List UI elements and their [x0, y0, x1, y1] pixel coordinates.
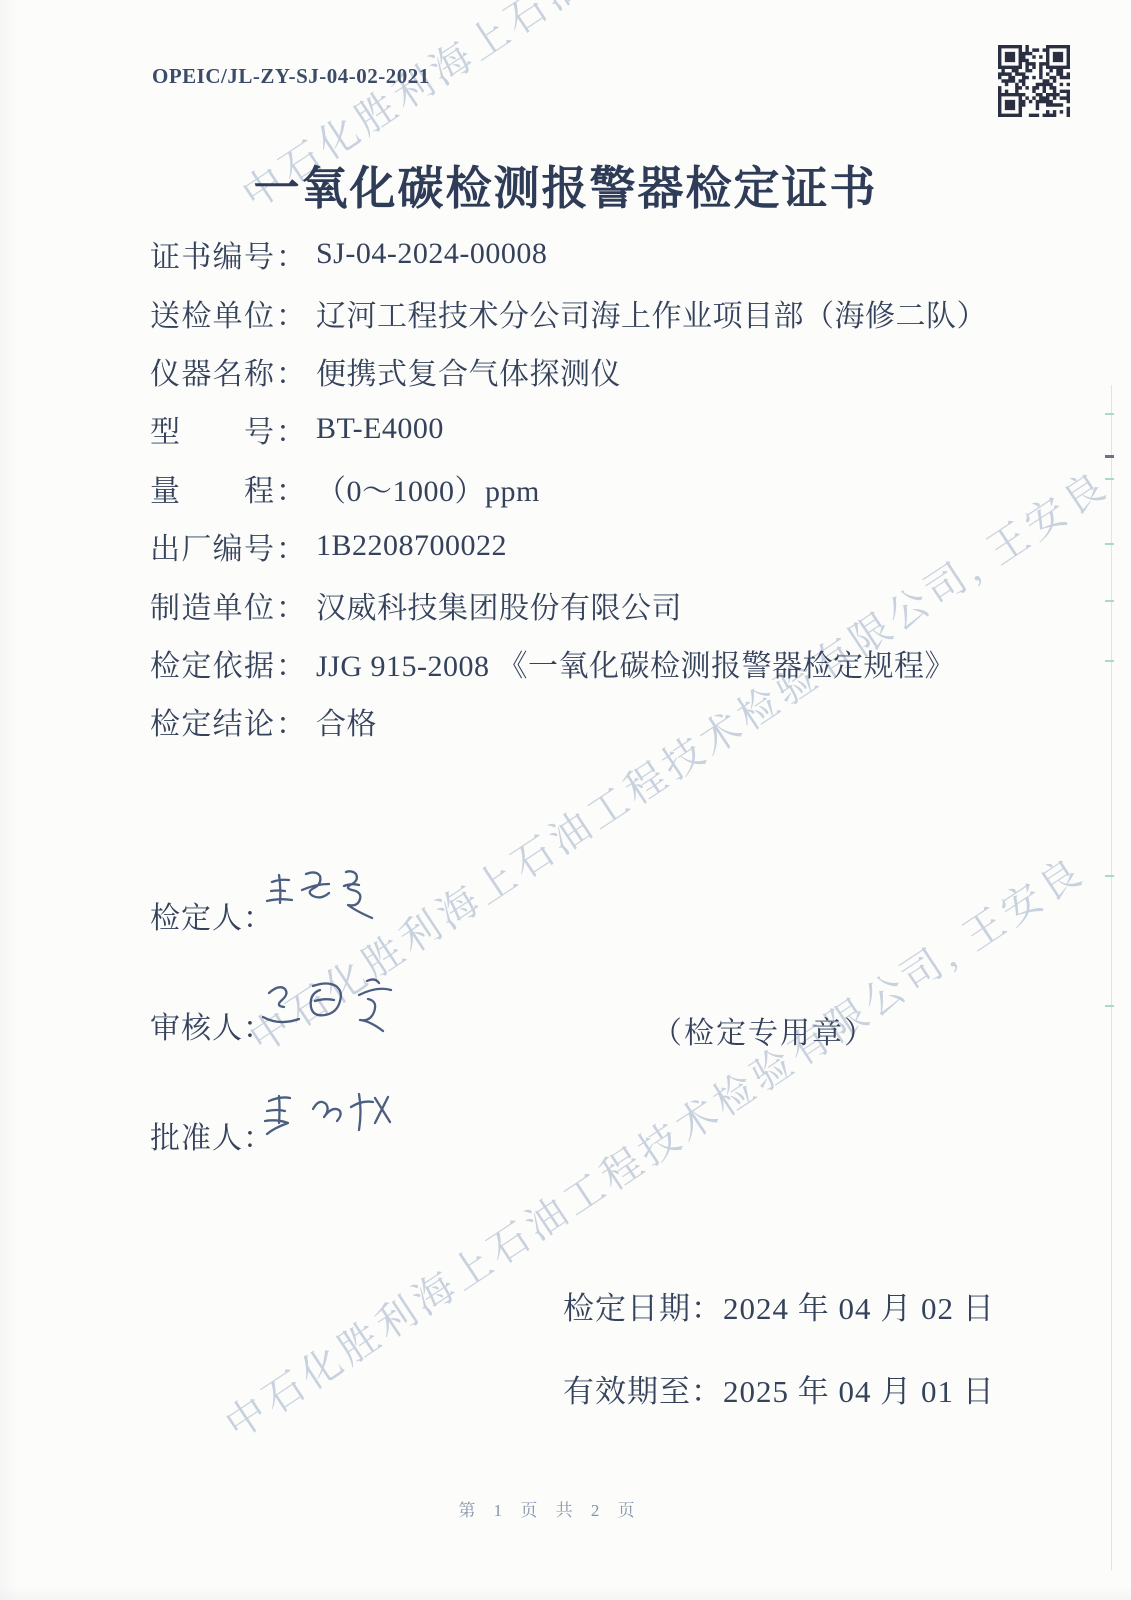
field-colon: ：	[276, 291, 306, 335]
scan-edge-line	[1111, 385, 1112, 1570]
verification-date-label: 检定日期：	[563, 1291, 723, 1326]
verifier-label: 检定人：	[150, 893, 274, 937]
certificate-page: 中石化胜利海上石油工程技术检验有限公司, 王安良 中石化胜利海上石油工程技术检验…	[0, 0, 1131, 1600]
field-row-submitting-unit: 送检单位：辽河工程技术分公司海上作业项目部（海修二队）	[150, 283, 987, 341]
field-row-range: 量程：（0～1000）ppm	[150, 459, 987, 517]
field-row-conclusion: 检定结论：合格	[150, 692, 987, 750]
field-row-model: 型号：BT-E4000	[150, 400, 987, 458]
field-label: 送检单位	[150, 291, 274, 335]
field-row-certificate-number: 证书编号：SJ-04-2024-00008	[150, 225, 987, 283]
field-colon: ：	[276, 349, 306, 393]
page-number-footer: 第 1 页 共 2 页	[0, 1496, 1100, 1521]
field-colon: ：	[276, 524, 306, 568]
field-label: 出厂编号	[150, 524, 274, 568]
field-row-manufacturer: 制造单位：汉威科技集团股份有限公司	[150, 575, 987, 633]
field-label: 检定依据	[150, 641, 274, 685]
scan-edge-tick	[1105, 478, 1114, 480]
valid-until-label: 有效期至：	[563, 1374, 723, 1409]
field-row-instrument-name: 仪器名称：便携式复合气体探测仪	[150, 342, 987, 400]
field-label: 检定结论	[150, 699, 274, 743]
field-colon: ：	[276, 583, 306, 627]
field-value: 辽河工程技术分公司海上作业项目部（海修二队）	[316, 291, 987, 335]
field-list: 证书编号：SJ-04-2024-00008 送检单位：辽河工程技术分公司海上作业…	[150, 225, 987, 751]
field-label: 型号	[150, 407, 274, 451]
verification-date-value: 2024 年 04 月 02 日	[723, 1291, 995, 1326]
scan-edge-tick	[1105, 455, 1114, 458]
scan-edge-tick	[1105, 543, 1114, 545]
field-value: 合格	[316, 699, 377, 743]
valid-until-value: 2025 年 04 月 01 日	[723, 1374, 995, 1409]
seal-note: （检定专用章）	[652, 1008, 876, 1052]
document-code: OPEIC/JL-ZY-SJ-04-02-2021	[152, 64, 430, 89]
field-label: 量程	[150, 466, 274, 510]
field-colon: ：	[276, 699, 306, 743]
qr-code	[998, 45, 1070, 117]
field-value: SJ-04-2024-00008	[316, 237, 547, 271]
verifier-signature	[262, 860, 392, 935]
scan-edge-tick	[1105, 875, 1114, 877]
field-colon: ：	[276, 466, 306, 510]
field-label: 证书编号	[150, 232, 274, 276]
reviewer-signature	[255, 968, 415, 1051]
scan-edge-tick	[1105, 660, 1114, 662]
field-colon: ：	[276, 641, 306, 685]
certificate-title: 一氧化碳检测报警器检定证书	[0, 152, 1131, 218]
field-colon: ：	[276, 407, 306, 451]
field-value: 便携式复合气体探测仪	[316, 349, 621, 393]
field-value: 1B2208700022	[316, 529, 507, 563]
field-value: （0～1000）ppm	[316, 466, 540, 510]
scan-edge-tick	[1105, 600, 1114, 602]
field-label: 仪器名称	[150, 349, 274, 393]
scan-edge-tick	[1105, 413, 1114, 415]
field-row-serial-number: 出厂编号：1B2208700022	[150, 517, 987, 575]
field-value: JJG 915-2008 《一氧化碳检测报警器检定规程》	[316, 641, 955, 685]
field-row-verification-basis: 检定依据：JJG 915-2008 《一氧化碳检测报警器检定规程》	[150, 634, 987, 692]
field-value: BT-E4000	[316, 412, 444, 446]
field-colon: ：	[276, 232, 306, 276]
approver-signature	[255, 1080, 440, 1160]
scan-edge-tick	[1105, 1005, 1114, 1007]
valid-until-line: 有效期至：2025 年 04 月 01 日	[528, 1330, 995, 1447]
field-label: 制造单位	[150, 583, 274, 627]
field-value: 汉威科技集团股份有限公司	[316, 583, 682, 627]
